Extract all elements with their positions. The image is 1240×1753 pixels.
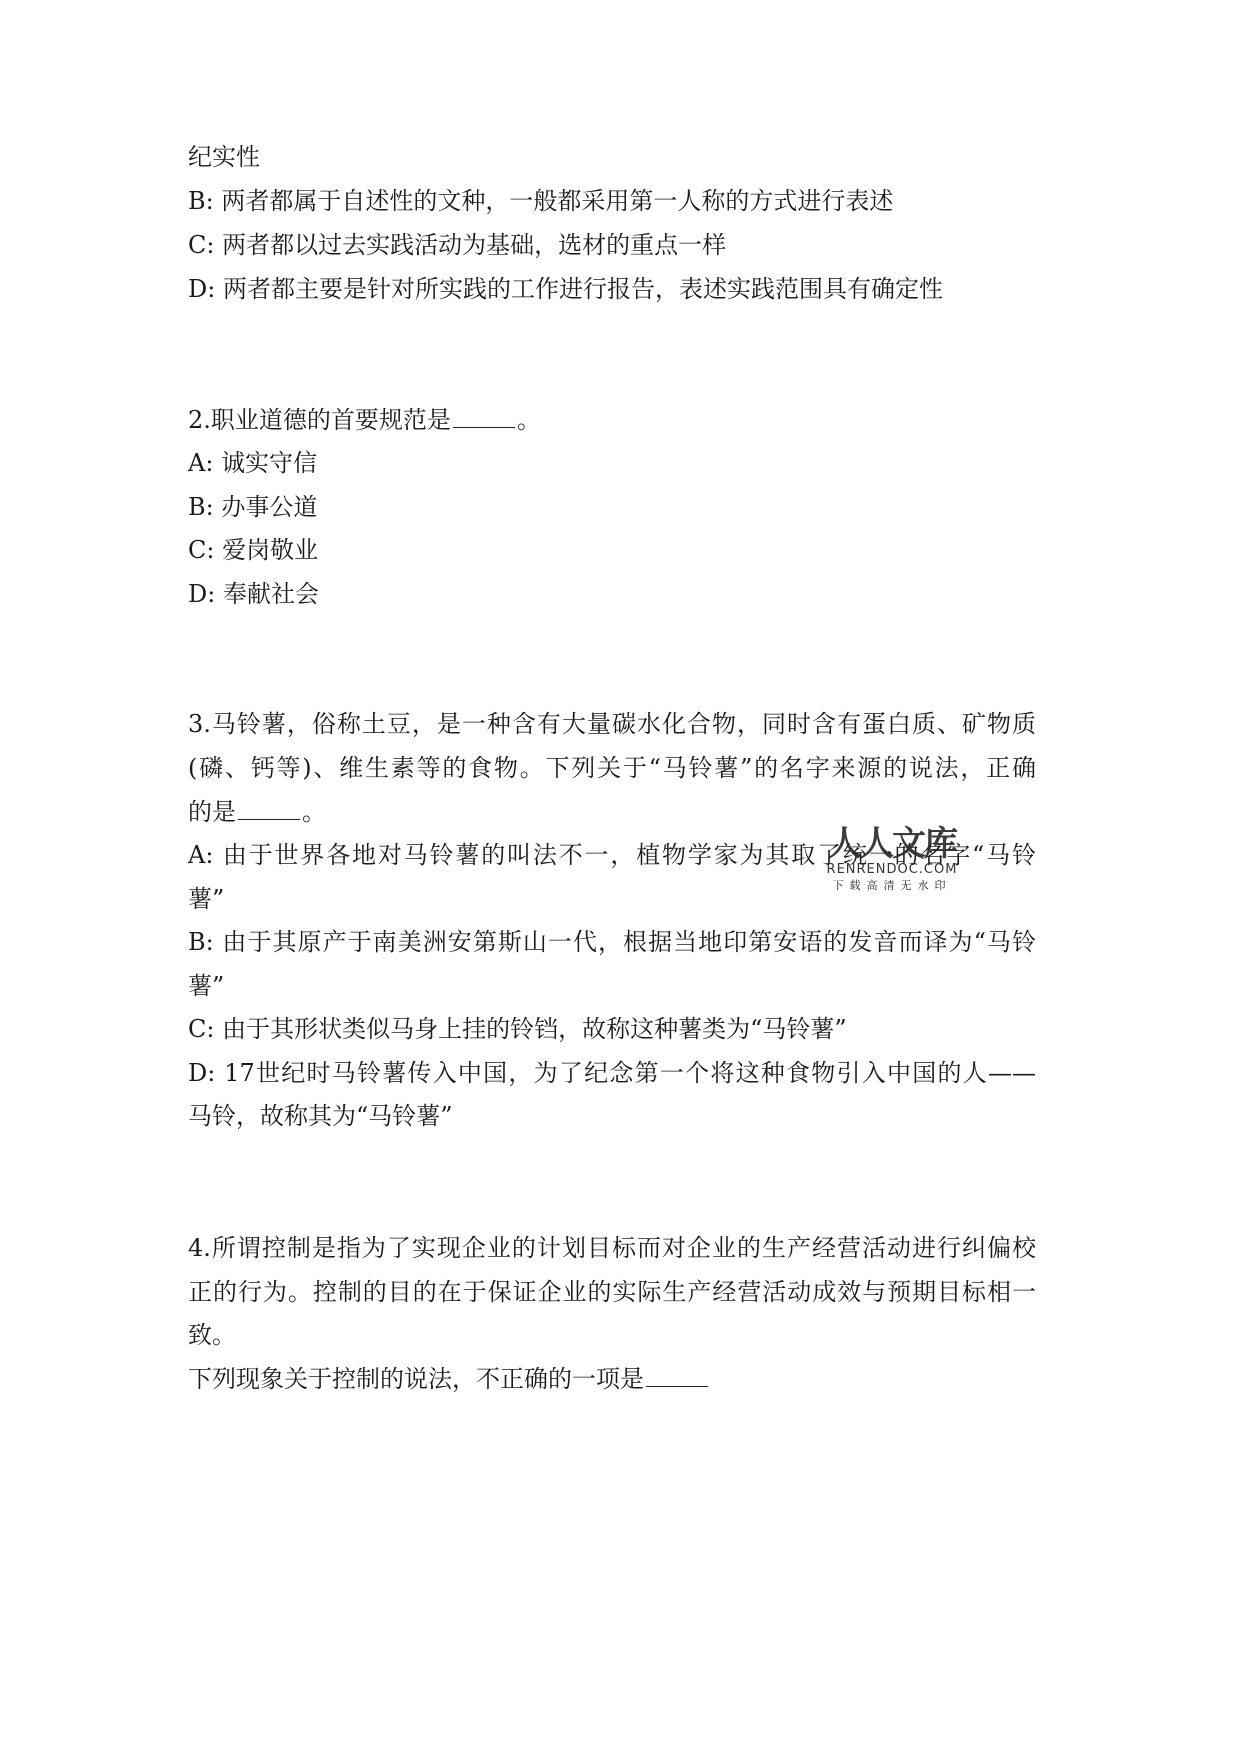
option-text: 由于其原产于南美洲安第斯山一代，根据当地印第安语的发音而译为“马铃 bbox=[222, 928, 1036, 956]
q3-stem-line-1: 3.马铃薯，俗称土豆，是一种含有大量碳水化合物，同时含有蛋白质、矿物质 bbox=[188, 709, 1036, 739]
q3-option-a-line-1: A: 由于世界各地对马铃薯的叫法不一，植物学家为其取了统一的名字“马铃 bbox=[188, 840, 1036, 870]
option-label: B: bbox=[188, 928, 214, 956]
option-text: 两者都以过去实践活动为基础，选材的重点一样 bbox=[222, 231, 726, 259]
q4-prompt: 下列现象关于控制的说法，不正确的一项是 bbox=[188, 1364, 710, 1394]
q4-stem-line-1: 4.所谓控制是指为了实现企业的计划目标而对企业的生产经营活动进行纠偏校 bbox=[188, 1233, 1036, 1263]
question-stem-end: 。 bbox=[302, 798, 326, 826]
q2-option-a: A: 诚实守信 bbox=[188, 448, 317, 478]
q2-stem: 2.职业道德的首要规范是。 bbox=[188, 405, 541, 435]
option-text: 爱岗敬业 bbox=[222, 536, 318, 564]
watermark-slogan: 下载高清无水印 bbox=[812, 878, 972, 894]
question-stem-end: 。 bbox=[517, 406, 541, 434]
question-stem: 2.职业道德的首要规范是 bbox=[188, 406, 451, 434]
q3-option-b-line-2: 薯” bbox=[188, 971, 224, 1001]
q2-option-c: C: 爱岗敬业 bbox=[188, 535, 318, 565]
option-text: 诚实守信 bbox=[221, 449, 317, 477]
option-text: 两者都主要是针对所实践的工作进行报告，表述实践范围具有确定性 bbox=[223, 275, 943, 303]
option-text: 办事公道 bbox=[221, 493, 317, 521]
q3-option-d-line-2: 马铃，故称其为“马铃薯” bbox=[188, 1101, 453, 1131]
option-label: C: bbox=[188, 1015, 214, 1043]
q1-option-b: B: 两者都属于自述性的文种，一般都采用第一人称的方式进行表述 bbox=[188, 186, 893, 216]
q3-option-a-line-2: 薯” bbox=[188, 884, 224, 914]
option-label: D: bbox=[188, 1059, 215, 1087]
q4-stem-line-3: 致。 bbox=[188, 1320, 236, 1350]
q3-option-d-line-1: D: 17世纪时马铃薯传入中国，为了纪念第一个将这种食物引入中国的人—— bbox=[188, 1058, 1036, 1088]
option-text: 由于其形状类似马身上挂的铃铛，故称这种薯类为“马铃薯” bbox=[222, 1015, 847, 1043]
option-text: 奉献社会 bbox=[223, 580, 319, 608]
q2-option-b: B: 办事公道 bbox=[188, 492, 317, 522]
q4-stem-line-2: 正的行为。控制的目的在于保证企业的实际生产经营活动成效与预期目标相一 bbox=[188, 1277, 1036, 1307]
q3-stem-line-2: (磷、钙等)、维生素等的食物。下列关于“马铃薯”的名字来源的说法，正确 bbox=[188, 753, 1036, 783]
question-stem: 的是 bbox=[188, 798, 236, 826]
q3-stem-line-3: 的是。 bbox=[188, 797, 326, 827]
option-label: B: bbox=[188, 187, 214, 215]
option-text: 由于世界各地对马铃薯的叫法不一，植物学家为其取了统一的名字“马铃 bbox=[223, 841, 1036, 869]
q2-option-d: D: 奉献社会 bbox=[188, 579, 319, 609]
question-prompt: 下列现象关于控制的说法，不正确的一项是 bbox=[188, 1365, 644, 1393]
option-label: B: bbox=[188, 493, 214, 521]
option-text: 两者都属于自述性的文种，一般都采用第一人称的方式进行表述 bbox=[221, 187, 893, 215]
option-text: 17世纪时马铃薯传入中国，为了纪念第一个将这种食物引入中国的人—— bbox=[224, 1059, 1036, 1087]
answer-blank bbox=[238, 797, 300, 820]
answer-blank bbox=[453, 405, 515, 428]
q1-option-d: D: 两者都主要是针对所实践的工作进行报告，表述实践范围具有确定性 bbox=[188, 274, 943, 304]
answer-blank bbox=[646, 1364, 708, 1387]
q3-option-c: C: 由于其形状类似马身上挂的铃铛，故称这种薯类为“马铃薯” bbox=[188, 1014, 847, 1044]
option-label: C: bbox=[188, 536, 214, 564]
option-label: D: bbox=[188, 275, 215, 303]
option-label: A: bbox=[188, 841, 213, 869]
q1-option-c: C: 两者都以过去实践活动为基础，选材的重点一样 bbox=[188, 230, 726, 260]
q3-option-b-line-1: B: 由于其原产于南美洲安第斯山一代，根据当地印第安语的发音而译为“马铃 bbox=[188, 927, 1036, 957]
option-label: D: bbox=[188, 580, 215, 608]
option-label: C: bbox=[188, 231, 214, 259]
option-label: A: bbox=[188, 449, 213, 477]
q1-continuation: 纪实性 bbox=[188, 142, 260, 172]
